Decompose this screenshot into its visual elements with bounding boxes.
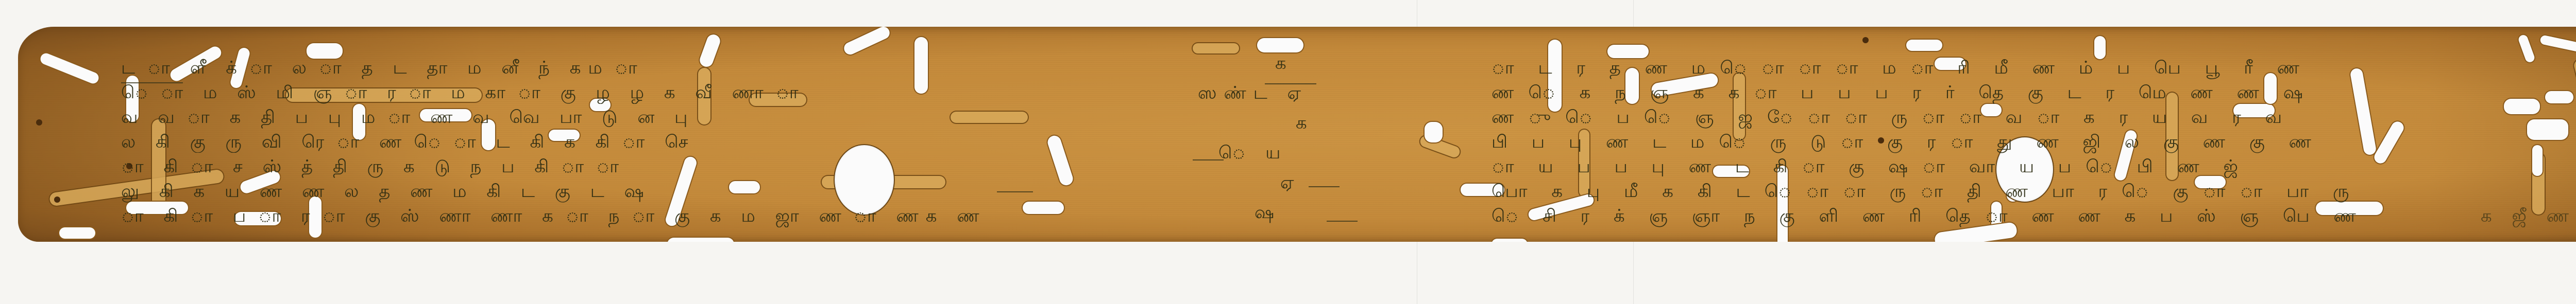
text-line (2481, 154, 2576, 179)
worm-hole (59, 227, 95, 239)
text-line: லு கி க ய ண ண ல த ண ம கி ட கு ட ஷ (121, 179, 987, 204)
text-line: ெ சி ர க் ஞ ஞா ந கு ளி ண ரி தெ ா ண ண க ப… (1492, 204, 2365, 228)
text-line (2481, 179, 2576, 204)
text-middle-column: க ஸண்ட ஏ க ெ ய ஏ ஷ (1177, 48, 1314, 227)
text-line: க ஜீ ண ரி ஞ ண பா (2481, 204, 2576, 228)
text-line: பி ப பு ண ட ம ெ ரு டு ா கு ர ா து ண ஜி ல… (1492, 130, 2365, 154)
text-right-block: ா ட ர த ண ம ெ ா ா ா ம ா ரி மீ ண ம் ப பெ … (1492, 56, 2365, 228)
text-line: ெ ா ம ஸ் மி ஞ ா ர ா ம கா ா கு ழ ழ க வீ ண… (121, 80, 987, 105)
text-line: ஷ (1177, 198, 1314, 227)
worm-hole (1046, 134, 1075, 187)
palm-leaf: ட ா ளீ க் ா ல ா த ட தா ம னீ ந் கம ா ெ ா … (18, 27, 2576, 242)
text-left-block: ட ா ளீ க் ா ல ா த ட தா ம னீ ந் கம ா ெ ா … (121, 56, 987, 228)
worm-hole (842, 27, 891, 57)
text-line: ா ய ப ப பு ண ட கி ா கு ஷ ா வா ய ப ெ பி ண… (1492, 154, 2365, 179)
ruling-stroke (997, 191, 1033, 192)
worm-hole (1425, 122, 1443, 142)
text-line: க (1177, 108, 1314, 138)
worm-hole (667, 238, 734, 242)
text-line: ல கி கு ரு வி ரெ ா ண ெ ா ட கி க கி ா செ (121, 130, 987, 154)
text-line: ா ட ர த ண ம ெ ா ா ா ம ா ரி மீ ண ம் ப பெ … (1492, 56, 2365, 80)
worm-hole (1492, 239, 1528, 242)
text-line: பூ ஷ ல (2481, 56, 2576, 80)
stain-speck (36, 119, 42, 126)
text-line (2481, 130, 2576, 154)
worm-hole (2372, 119, 2406, 166)
text-line: ஏ (1177, 168, 1314, 198)
text-line (2481, 80, 2576, 105)
worm-hole (1023, 202, 1064, 214)
ruling-stroke (1327, 221, 1358, 222)
text-line: வ வ ா க தி ப பு ம ா ண வ வெ பா டு ன பு (121, 105, 987, 130)
text-line (2481, 105, 2576, 130)
text-line: பொ க பு மீ க கி ட ெ ா ா ரு ா தி ண பா ர ெ… (1492, 179, 2365, 204)
text-line: ா கி ா ப ா ர ா கு ஸ் ணா ணா க ா ந ா கு க … (121, 204, 987, 228)
text-line: ா கி ா ச ஸ் த் தி ரு க டு ந ப கி ா ா (121, 154, 987, 179)
text-line: க (1177, 48, 1314, 78)
stain-speck (1862, 37, 1869, 43)
stain-speck (54, 196, 60, 203)
text-line: ஸண்ட ஏ (1177, 78, 1314, 108)
worm-hole (1906, 40, 1942, 51)
text-line: ண ு ெ ப ெ ஞ ஜ ே ா ா ரு ா ா வ ா க ர ய வ ர… (1492, 105, 2365, 130)
text-line: ண ெ க ந ஞ க க ா ப ப ப ர ர் தெ கு ட ர மெ … (1492, 80, 2365, 105)
text-line: ெ ய (1177, 138, 1314, 168)
text-right-edge-block: பூ ஷ ல க ஜீ ண ரி ஞ ண பா (2481, 56, 2576, 228)
text-line: ட ா ளீ க் ா ல ா த ட தா ம னீ ந் கம ா (121, 56, 987, 80)
